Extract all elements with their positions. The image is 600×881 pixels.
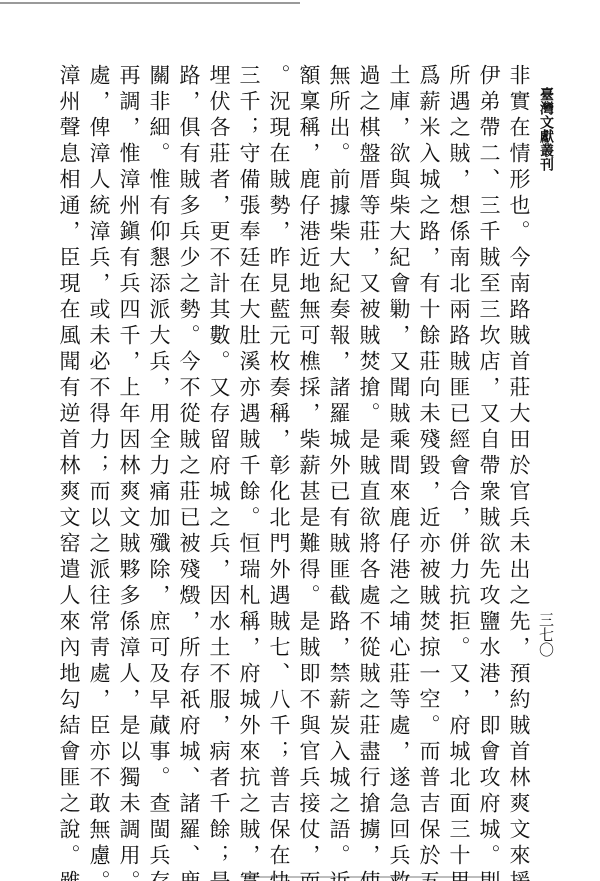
page-number: 三七〇 [538, 612, 554, 657]
text-column-3: 所遇之賊，想係南北兩路賊匪已經會合，併力抗拒。又，府城北面三十里之外麻豆社， [444, 64, 474, 804]
text-column-2: 伊弟帶二、三千賊至三坎店，又自帶衆賊欲先攻鹽水港，即會攻府城。則常靑等出城 [474, 64, 504, 804]
text-column-12: 路，俱有賊多兵少之勢。今不從賊之莊已被殘燬，所存祇府城、諸羅、鹿仔港數處，所 [174, 64, 204, 804]
text-column-6: 過之棋盤厝等莊，又被賊焚搶。是賊直欲將各處不從賊之莊盡行搶擄，使芻薪等項，俱 [354, 64, 384, 804]
text-column-10: 三千；守備張奉廷在大肚溪亦遇賊千餘。恒瑞札稱，府城外來抗之賊，實有萬餘，而 [234, 64, 264, 804]
text-column-7: 無所出。前據柴大紀奏報，諸羅城外已有賊匪截路，禁薪炭入城之語。近又據副將格綳 [324, 64, 354, 804]
series-title: 臺灣文獻叢刊 [538, 87, 554, 171]
text-column-9: 。況現在賊勢，昨見藍元枚奏稱，彰化北門外遇賊七、八千；普吉保在快官莊遇賊二、 [264, 64, 294, 804]
text-column-16: 漳州聲息相通，臣現在風聞有逆首林爽文窑遣人來內地勾結會匪之說。雖語出無稽，而 [54, 64, 84, 804]
scan-edge-top [0, 2, 300, 4]
text-column-11: 埋伏各莊者，更不計其數。又存留府城之兵，因水土不服，病者千餘；是目下南北兩 [204, 64, 234, 804]
text-column-13: 關非細。惟有仰懇添派大兵，用全力痛加殲除，庶可及早蕆事。查閩兵存營無幾，未便 [144, 64, 174, 804]
vertical-text-block: 非實在情形也。今南路賊首莊大田於官兵未出之先，預約賊首林爽文來援。林爽文先遣 伊… [54, 64, 534, 804]
text-column-15: 處，俾漳人統漳兵，或未必不得力；而以之派往常靑處，臣亦不敢無慮。況賊旣鴟張， [84, 64, 114, 804]
text-column-1: 非實在情形也。今南路賊首莊大田於官兵未出之先，預約賊首林爽文來援。林爽文先遣 [504, 64, 534, 804]
text-column-14: 再調，惟漳州鎭有兵四千，上年因林爽文賊夥多係漳人，是以獨未調用。然派往藍元枚 [114, 64, 144, 804]
text-column-8: 額稟稱，鹿仔港近地無可樵採，柴薪甚是難得。是賊即不與官兵接仗，而官兵已爲所困 [294, 64, 324, 804]
text-column-4: 爲薪米入城之路，有十餘莊向未殘毀，近亦被賊焚掠一空。而普吉保於五月初間，甫至 [414, 64, 444, 804]
text-column-5: 土庫，欲與柴大紀會勦，又聞賊乘間來鹿仔港之埔心莊等處，遂急回兵救援。而沿途所 [384, 64, 414, 804]
